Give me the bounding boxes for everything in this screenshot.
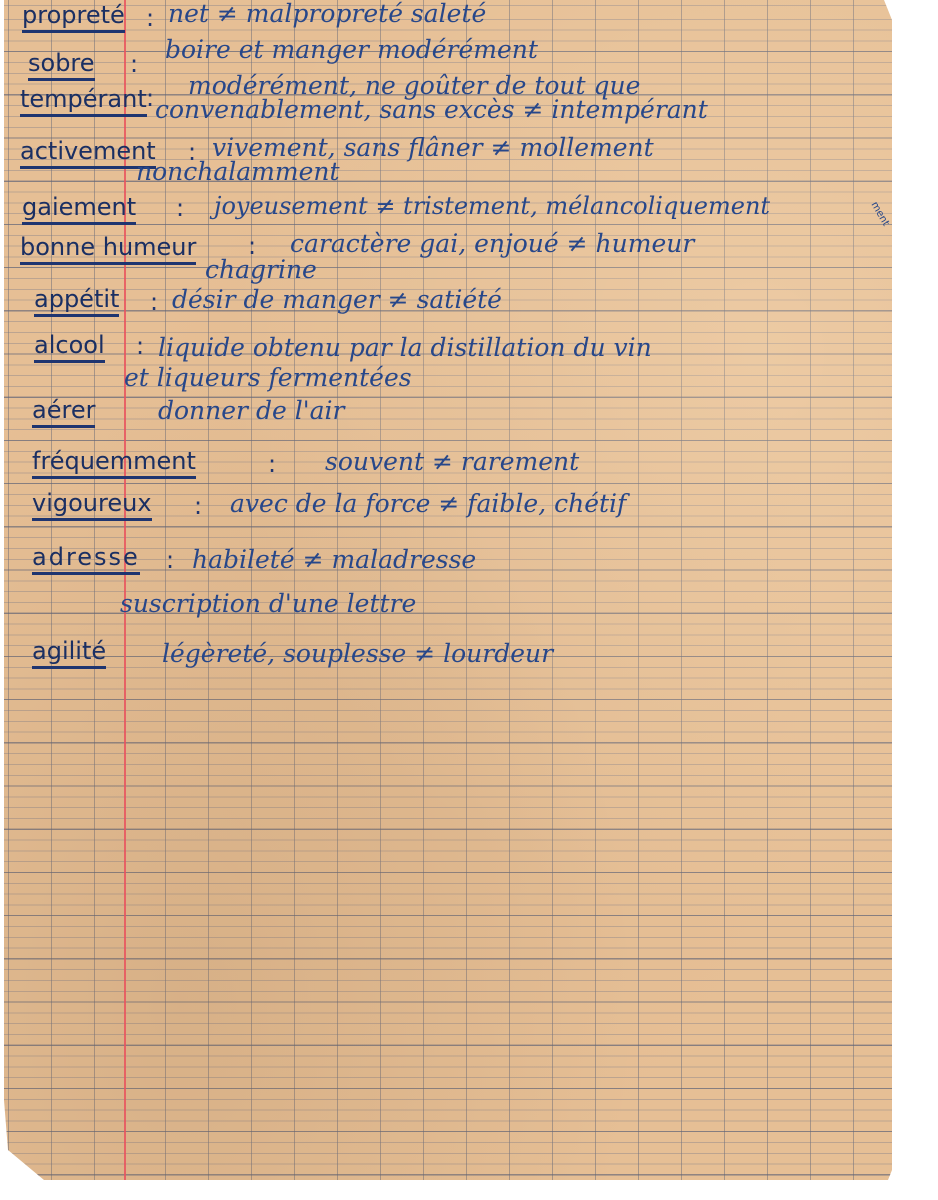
definition-continuation: chagrine — [205, 256, 317, 284]
term: alcool — [34, 332, 105, 363]
separator: : — [150, 288, 158, 316]
definition: souvent ≠ rarement — [325, 448, 579, 476]
definition: caractère gai, enjoué ≠ humeur — [290, 230, 694, 258]
entry-temperant: tempérant : modérément, ne goûter de tou… — [0, 82, 938, 128]
term: agilité — [32, 638, 106, 669]
definition: donner de l'air — [158, 397, 344, 425]
definition: net ≠ malpropreté saleté — [168, 0, 486, 28]
term: tempérant — [20, 86, 147, 117]
definition: liquide obtenu par la distillation du vi… — [158, 334, 652, 362]
definition-continuation: nonchalamment — [136, 158, 340, 186]
definition: désir de manger ≠ satiété — [172, 286, 502, 314]
definition-continuation: convenablement, sans excès ≠ intempérant — [155, 96, 708, 124]
separator: : — [194, 492, 202, 520]
definition-continuation: et liqueurs fermentées — [124, 364, 412, 392]
entry-adresse: adresse : habileté ≠ maladresse suscript… — [0, 542, 938, 588]
term: vigoureux — [32, 490, 152, 521]
separator: : — [136, 332, 144, 360]
entry-alcool: alcool : liquide obtenu par la distillat… — [0, 330, 938, 376]
term: aérer — [32, 397, 95, 428]
separator: : — [268, 450, 276, 478]
entry-vigoureux: vigoureux : avec de la force ≠ faible, c… — [0, 488, 938, 534]
definition-continuation: suscription d'une lettre — [120, 590, 416, 618]
term: gaiement — [22, 194, 136, 225]
definition: joyeusement ≠ tristement, mélancoliqueme… — [214, 192, 770, 220]
separator: : — [130, 50, 138, 78]
term: adresse — [32, 544, 140, 575]
definition: légèreté, souplesse ≠ lourdeur — [162, 640, 553, 668]
separator: : — [146, 4, 154, 32]
separator: : — [176, 194, 184, 222]
entry-agilite: agilité légèreté, souplesse ≠ lourdeur — [0, 636, 938, 682]
definition: avec de la force ≠ faible, chétif — [230, 490, 626, 518]
term: bonne humeur — [20, 234, 196, 265]
entry-bonne-humeur: bonne humeur : caractère gai, enjoué ≠ h… — [0, 232, 938, 278]
term: appétit — [34, 286, 119, 317]
entry-activement: activement : vivement, sans flâner ≠ mol… — [0, 138, 938, 184]
separator: : — [146, 84, 154, 112]
entry-aerer: aérer donner de l'air — [0, 395, 938, 441]
entry-appetit: appétit : désir de manger ≠ satiété — [0, 284, 938, 330]
term: sobre — [28, 50, 95, 81]
separator: : — [166, 546, 174, 574]
entry-frequemment: fréquemment : souvent ≠ rarement — [0, 446, 938, 492]
definition: habileté ≠ maladresse — [192, 546, 476, 574]
term: fréquemment — [32, 448, 196, 479]
term: propreté — [22, 2, 125, 33]
definition: boire et manger modérément — [165, 36, 538, 64]
